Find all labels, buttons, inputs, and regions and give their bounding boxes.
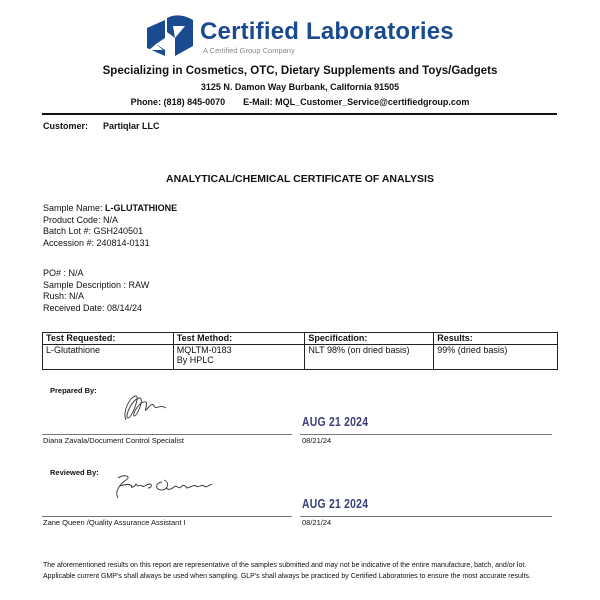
reviewed-date: 08/21/24 bbox=[302, 518, 331, 527]
accession-number: Accession #: 240814-0131 bbox=[43, 238, 177, 250]
certified-laboratories-logo-icon bbox=[145, 14, 195, 58]
sample-name-value: L-GLUTATHIONE bbox=[105, 203, 177, 213]
sample-description: Sample Description : RAW bbox=[43, 280, 149, 292]
prepared-signature-icon bbox=[120, 392, 175, 422]
contact-info: Phone: (818) 845-0070E-Mail: MQL_Custome… bbox=[0, 97, 600, 107]
disclaimer: The aforementioned results on this repor… bbox=[43, 561, 558, 582]
prepared-signature-line bbox=[42, 434, 292, 435]
brand-subtitle: A Certified Group Company bbox=[203, 46, 295, 55]
cell-test-requested: L-Glutathione bbox=[43, 344, 174, 369]
reviewed-by-label: Reviewed By: bbox=[50, 468, 99, 477]
batch-lot: Batch Lot #: GSH240501 bbox=[43, 226, 177, 238]
phone: Phone: (818) 845-0070 bbox=[131, 97, 226, 107]
reviewed-by-name: Zane Queen /Quality Assurance Assistant … bbox=[43, 518, 186, 527]
header-results: Results: bbox=[434, 333, 558, 345]
customer-label: Customer: bbox=[43, 121, 88, 131]
reviewed-signature-icon bbox=[110, 472, 215, 502]
reviewed-date-line bbox=[300, 516, 552, 517]
sample-info: Sample Name: L-GLUTATHIONE Product Code:… bbox=[43, 203, 177, 249]
header-specification: Specification: bbox=[305, 333, 434, 345]
prepared-date-stamp: AUG 21 2024 bbox=[302, 414, 368, 429]
cell-result: 99% (dried basis) bbox=[434, 344, 558, 369]
header-divider bbox=[42, 113, 557, 115]
product-code: Product Code: N/A bbox=[43, 215, 177, 227]
header-test-requested: Test Requested: bbox=[43, 333, 174, 345]
prepared-date-line bbox=[300, 434, 552, 435]
prepared-by-name: Diana Zavala/Document Control Specialist bbox=[43, 436, 184, 445]
customer-value: Partiqlar LLC bbox=[103, 121, 160, 131]
table-header-row: Test Requested: Test Method: Specificati… bbox=[43, 333, 558, 345]
cell-specification: NLT 98% (on dried basis) bbox=[305, 344, 434, 369]
brand-name: Certified Laboratories bbox=[200, 18, 454, 46]
rush: Rush: N/A bbox=[43, 291, 149, 303]
tagline: Specializing in Cosmetics, OTC, Dietary … bbox=[0, 65, 600, 77]
document-title: ANALYTICAL/CHEMICAL CERTIFICATE OF ANALY… bbox=[0, 173, 600, 185]
reviewed-signature-line bbox=[42, 516, 292, 517]
sample-name: Sample Name: L-GLUTATHIONE bbox=[43, 203, 177, 215]
header-test-method: Test Method: bbox=[173, 333, 305, 345]
address: 3125 N. Damon Way Burbank, California 91… bbox=[0, 82, 600, 92]
cell-test-method: MQLTM-0183By HPLC bbox=[173, 344, 305, 369]
order-info: PO# : N/A Sample Description : RAW Rush:… bbox=[43, 268, 149, 314]
received-date: Received Date: 08/14/24 bbox=[43, 303, 149, 315]
email: E-Mail: MQL_Customer_Service@certifiedgr… bbox=[243, 97, 469, 107]
prepared-by-label: Prepared By: bbox=[50, 386, 97, 395]
po-number: PO# : N/A bbox=[43, 268, 149, 280]
reviewed-date-stamp: AUG 21 2024 bbox=[302, 496, 368, 511]
results-table: Test Requested: Test Method: Specificati… bbox=[42, 332, 558, 370]
table-row: L-Glutathione MQLTM-0183By HPLC NLT 98% … bbox=[43, 344, 558, 369]
prepared-date: 08/21/24 bbox=[302, 436, 331, 445]
